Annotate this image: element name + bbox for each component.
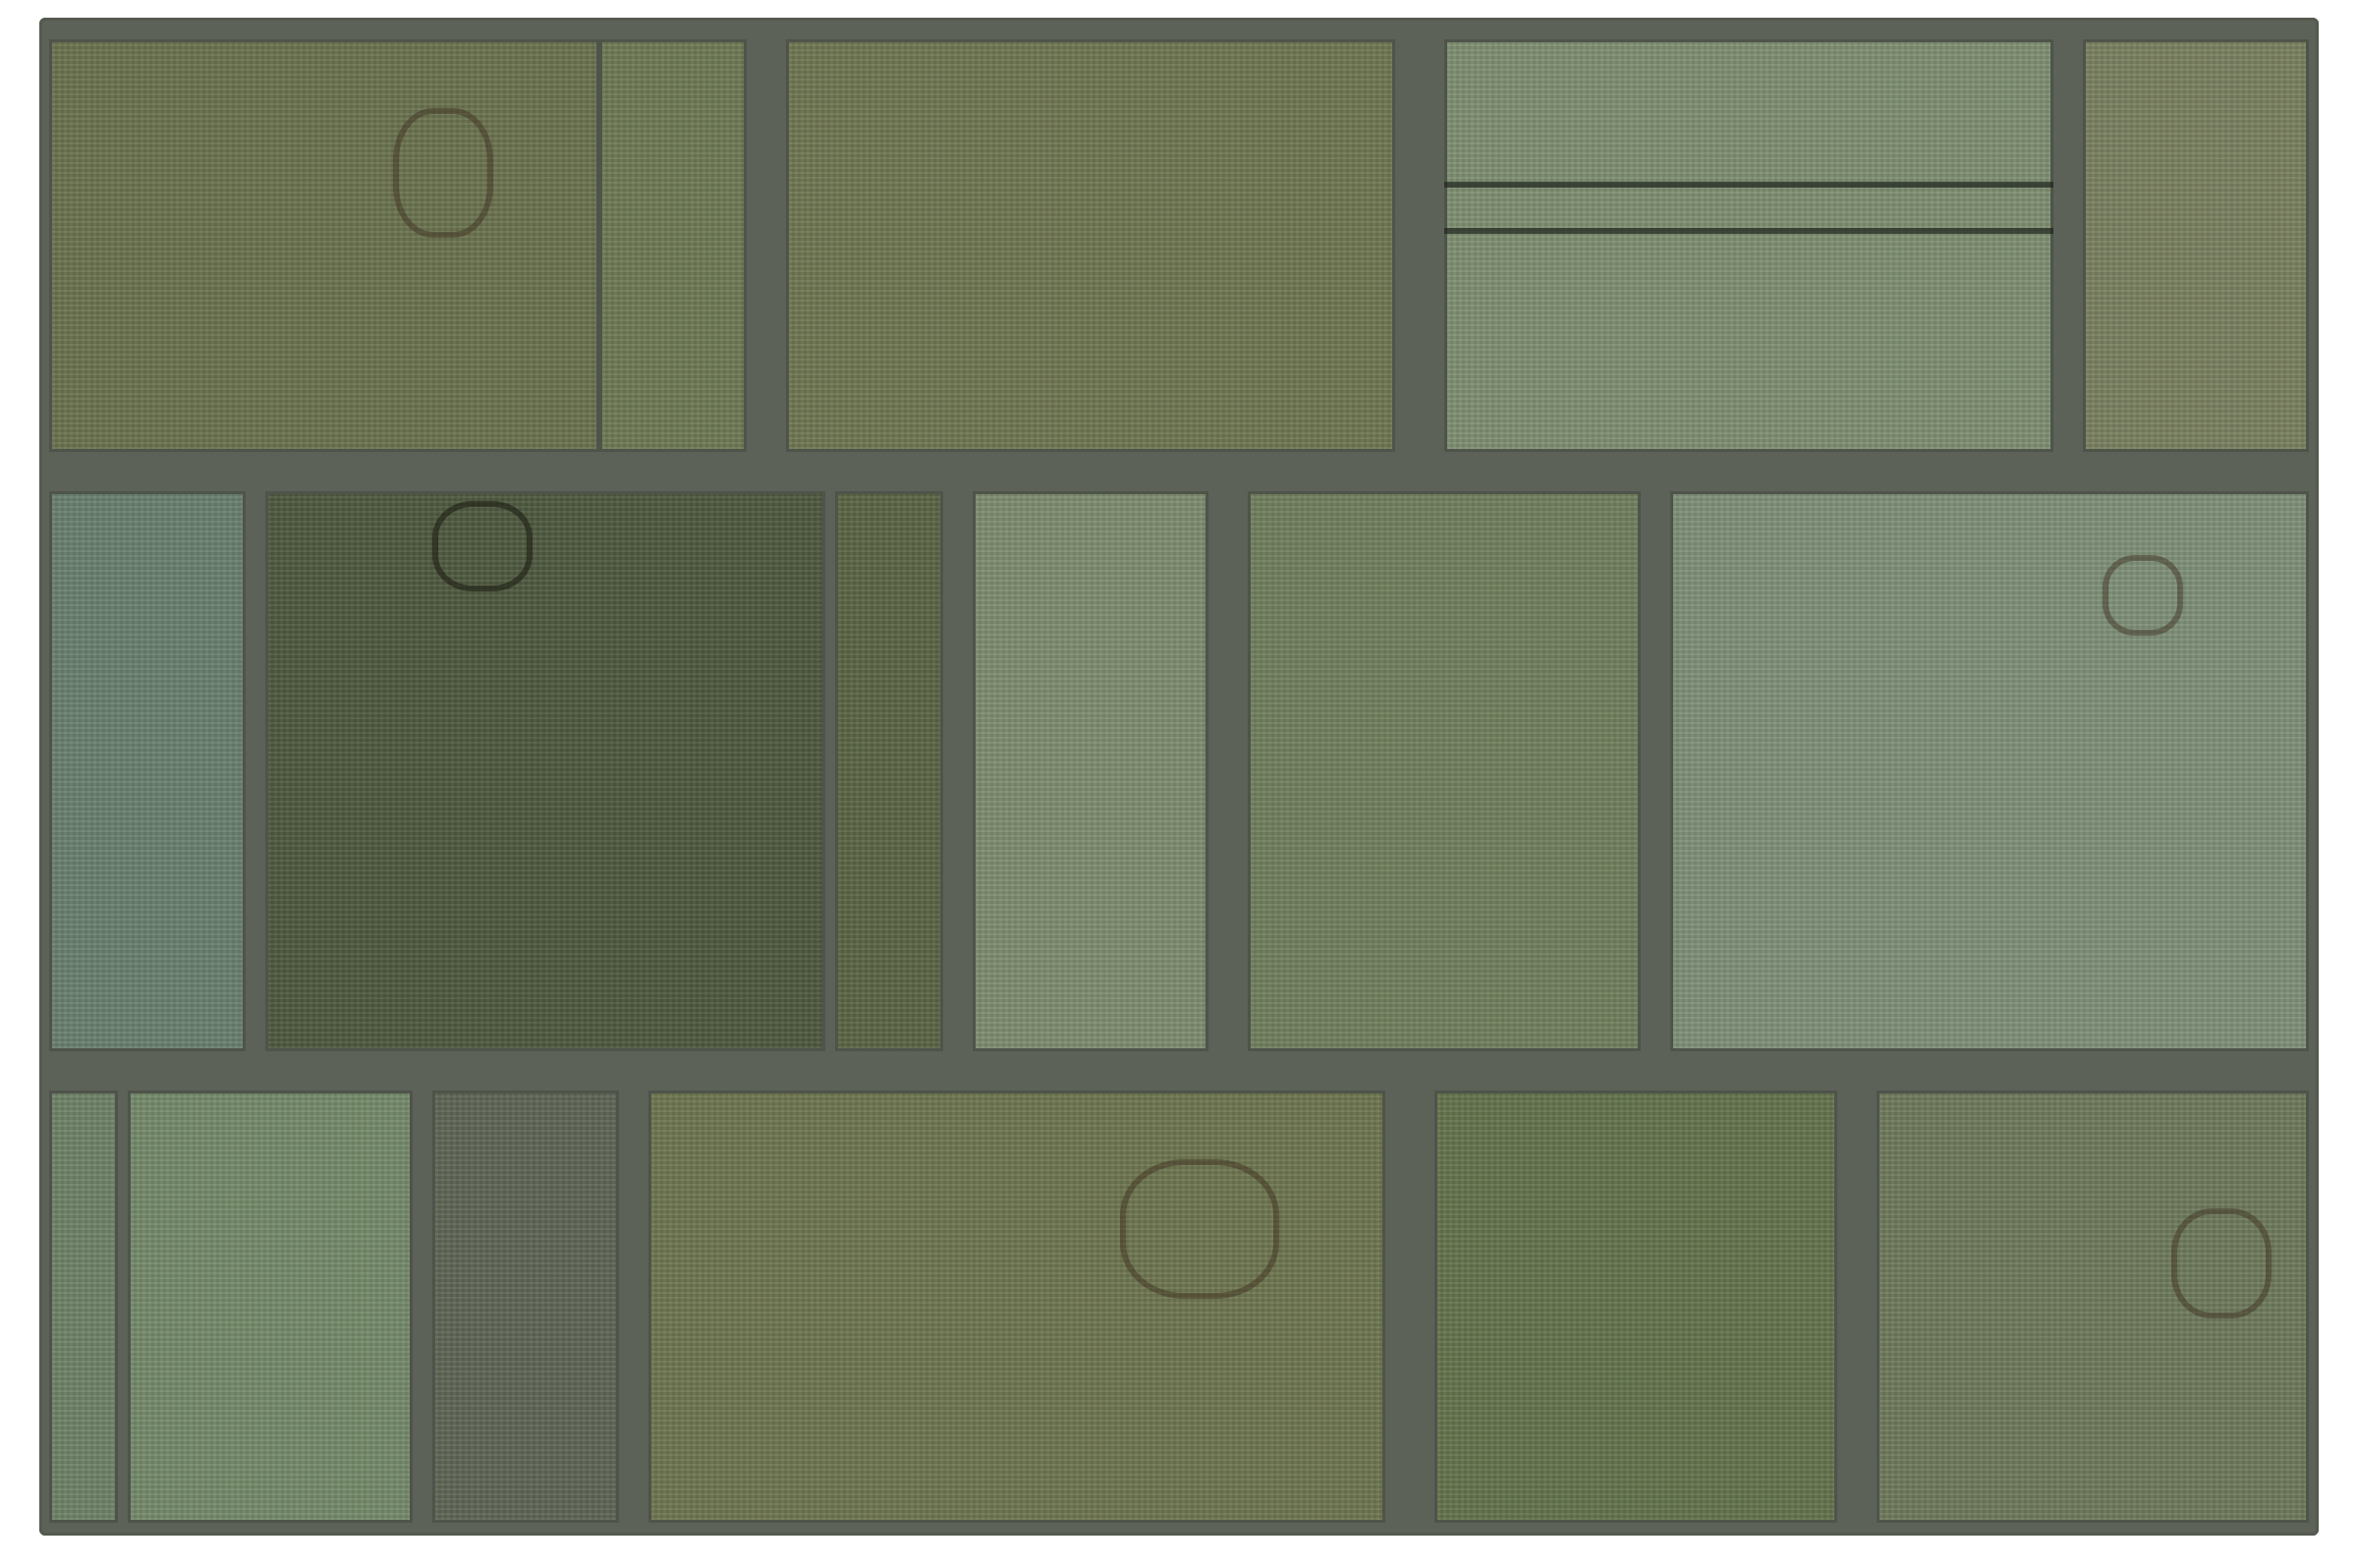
bottom-row-patch bbox=[432, 1091, 619, 1523]
middle-row-patch bbox=[265, 491, 825, 1051]
top-row-patch bbox=[2083, 39, 2309, 452]
motif-shape bbox=[2103, 555, 2183, 636]
middle-row-patch bbox=[1670, 491, 2309, 1051]
top-row-patch bbox=[1444, 39, 2053, 452]
motif-shape bbox=[393, 108, 493, 238]
top-row-patch bbox=[49, 39, 599, 452]
middle-row-patch bbox=[835, 491, 943, 1051]
motif-line bbox=[1444, 228, 2053, 234]
middle-row-patch bbox=[973, 491, 1208, 1051]
top-row-patch bbox=[786, 39, 1395, 452]
bottom-row-patch bbox=[49, 1091, 118, 1523]
motif-shape bbox=[1120, 1159, 1279, 1299]
motif-shape bbox=[2171, 1208, 2272, 1318]
middle-row-patch bbox=[1248, 491, 1641, 1051]
motif-shape bbox=[432, 501, 533, 591]
bottom-row-patch bbox=[128, 1091, 413, 1523]
motif-line bbox=[1444, 182, 2053, 188]
bottom-row-patch bbox=[1434, 1091, 1837, 1523]
middle-row-patch bbox=[49, 491, 246, 1051]
top-row-patch bbox=[599, 39, 747, 452]
bottom-row-patch bbox=[648, 1091, 1385, 1523]
